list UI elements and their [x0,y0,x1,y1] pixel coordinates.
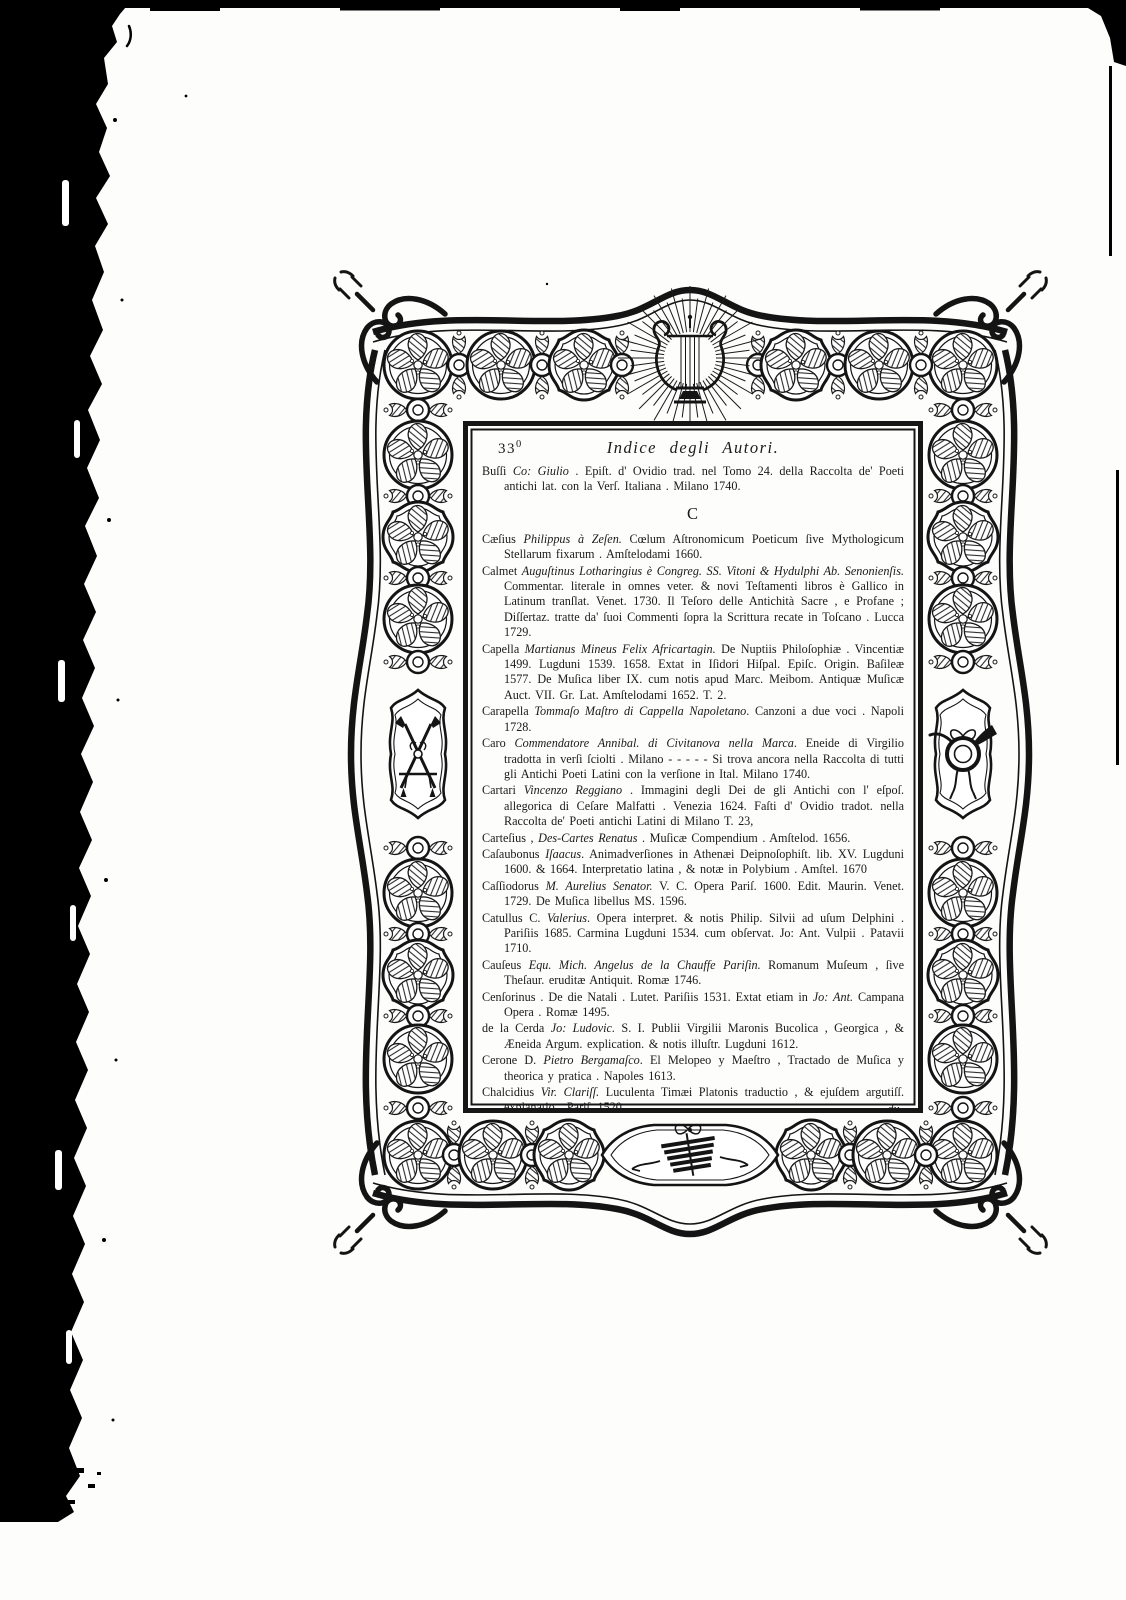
page-number: 330 [498,439,523,458]
entry-author-name: Auguſtinus Lotharingius è Congreg. SS. V… [522,564,904,578]
index-entry: Cenſorinus . De die Natali . Lutet. Pari… [482,990,904,1021]
frame-swash-right [1005,350,1029,1175]
link-ring-icon [611,331,633,399]
link-ring-icon [929,1097,997,1119]
quatrefoil-medallion-icon [534,1120,604,1190]
rosette-medallion-icon [467,331,535,399]
entry-author-name: Martianus Mineus Felix Africartagin. [525,642,716,656]
page-scan: 330 Indice degli Autori. Buſſi Co: Giuli… [0,0,1126,1600]
top-edge-ragged [40,8,940,12]
entry-text: Caſaubonus [482,847,545,861]
index-entry: Cæſius Philippus à Zeſen. Cœlum Aſtronom… [482,532,904,563]
link-ring-icon [929,837,997,859]
entry-author-name: Vincenzo Reggiano [524,783,622,797]
link-ring-icon [915,1121,937,1189]
catchword: du [888,1102,900,1113]
link-ring-icon [929,651,997,673]
page-header: 330 Indice degli Autori. [482,438,904,458]
link-ring-icon [384,837,452,859]
frame-swash-bottom [373,1193,1007,1234]
quatrefoil-medallion-icon [383,502,453,572]
index-entry: Cauſeus Equ. Mich. Angelus de la Chauffe… [482,958,904,989]
entry-author-name: Iſaacus [545,847,581,861]
entry-text: Cauſeus [482,958,529,972]
entry-author-name: Co: Giulio [513,464,569,478]
pre-section-entries: Buſſi Co: Giulio . Epiſt. d' Ovidio trad… [482,464,904,495]
rosette-medallion-icon [384,331,452,399]
rosette-medallion-icon [384,859,452,927]
rosette-medallion-icon [929,859,997,927]
entry-text: Carteſius , [482,831,538,845]
entry-author-name: Tommaſo Maſtro di Cappella Napoletano [534,704,746,718]
rosette-medallion-icon [384,585,452,653]
index-entry: Cerone D. Pietro Bergamaſco. El Melopeo … [482,1053,904,1084]
index-entry: Calmet Auguſtinus Lotharingius è Congreg… [482,564,904,641]
entry-text: Carapella [482,704,534,718]
frame-swash-left [351,350,375,1175]
index-entry: Buſſi Co: Giulio . Epiſt. d' Ovidio trad… [482,464,904,495]
index-entry: Cartari Vincenzo Reggiano . Immagini deg… [482,783,904,829]
panpipes-icon [602,1125,778,1185]
rosette-medallion-icon [845,331,913,399]
rosette-medallion-icon [384,1025,452,1093]
quatrefoil-medallion-icon [761,330,831,400]
link-ring-icon [384,651,452,673]
entry-text: Chalcidius [482,1085,541,1099]
torn-edge-texture [55,180,80,1364]
link-ring-icon [384,1097,452,1119]
page-title: Indice degli Autori. [607,438,779,457]
rosette-medallion-icon [384,1121,452,1189]
entry-text: Caſſiodorus [482,879,546,893]
rosette-medallion-icon [929,331,997,399]
entry-author-name: Equ. Mich. Angelus de la Chauffe Pariſin… [529,958,761,972]
entry-text: Calmet [482,564,522,578]
crossed-trumpets-icon [390,690,446,818]
link-ring-icon [384,399,452,421]
entry-text: Cenſorinus . De die Natali . Lutet. Pari… [482,990,813,1004]
right-scan-line [1109,66,1112,256]
entry-text: Caro [482,736,514,750]
rosette-medallion-icon [384,421,452,489]
index-entry: Caro Commendatore Annibal. di Civitanova… [482,736,904,782]
entry-text: Cartari [482,783,524,797]
rosette-medallion-icon [929,1025,997,1093]
entry-text: Capella [482,642,525,656]
entry-author-name: Philippus à Zeſen. [524,532,622,546]
entry-text: Cerone D. [482,1053,543,1067]
index-entry: Caſſiodorus M. Aurelius Senator. V. C. O… [482,879,904,910]
top-scan-edge [0,0,1126,8]
lyre-icon [618,286,762,430]
index-entry: Capella Martianus Mineus Felix Africarta… [482,642,904,704]
right-corner-blot [1088,0,1126,66]
entry-text: . Muſicæ Compendium . Amſtelod. 1656. [637,831,850,845]
index-entry: Caſaubonus Iſaacus. Animadverſiones in A… [482,847,904,878]
rosette-medallion-icon [929,1121,997,1189]
text-panel: 330 Indice degli Autori. Buſſi Co: Giuli… [463,421,923,1113]
quatrefoil-medallion-icon [928,940,998,1010]
torn-left-edge [0,0,132,1522]
rosette-medallion-icon [929,585,997,653]
index-entry: Carapella Tommaſo Maſtro di Cappella Nap… [482,704,904,735]
entry-author-name: M. Aurelius Senator. [546,879,653,893]
quatrefoil-medallion-icon [776,1120,846,1190]
entry-text: Cæſius [482,532,524,546]
entry-text: Catullus C. [482,911,547,925]
entries-list: Cæſius Philippus à Zeſen. Cœlum Aſtronom… [482,532,904,1113]
right-scan-line [1116,470,1119,765]
index-entry: Carteſius , Des-Cartes Renatus . Muſicæ … [482,831,904,846]
ink-mark [127,26,131,46]
hunting-horn-icon [930,690,997,818]
entry-text: de la Cerda [482,1021,551,1035]
entry-text: Buſſi [482,464,513,478]
entry-author-name: Pietro Bergamaſco [543,1053,639,1067]
entry-author-name: Valerius [547,911,587,925]
rosette-medallion-icon [459,1121,527,1189]
quatrefoil-medallion-icon [549,330,619,400]
link-ring-icon [910,331,932,399]
entry-author-name: Jo: Ludovic. [551,1021,615,1035]
rosette-medallion-icon [929,421,997,489]
index-entry: Catullus C. Valerius. Opera interpret. &… [482,911,904,957]
entry-author-name: Vir. Clariſſ. [541,1085,599,1099]
index-entry: de la Cerda Jo: Ludovic. S. I. Publii Vi… [482,1021,904,1052]
section-heading: C [482,504,904,524]
rosette-medallion-icon [853,1121,921,1189]
entry-text: Commentar. literale in omnes veter. & no… [504,579,904,639]
quatrefoil-medallion-icon [928,502,998,572]
link-ring-icon [929,399,997,421]
entry-author-name: Jo: Ant. [813,990,853,1004]
entry-author-name: Commendatore Annibal. di Civitanova nell… [514,736,793,750]
entry-author-name: Des-Cartes Renatus [538,831,637,845]
quatrefoil-medallion-icon [383,940,453,1010]
